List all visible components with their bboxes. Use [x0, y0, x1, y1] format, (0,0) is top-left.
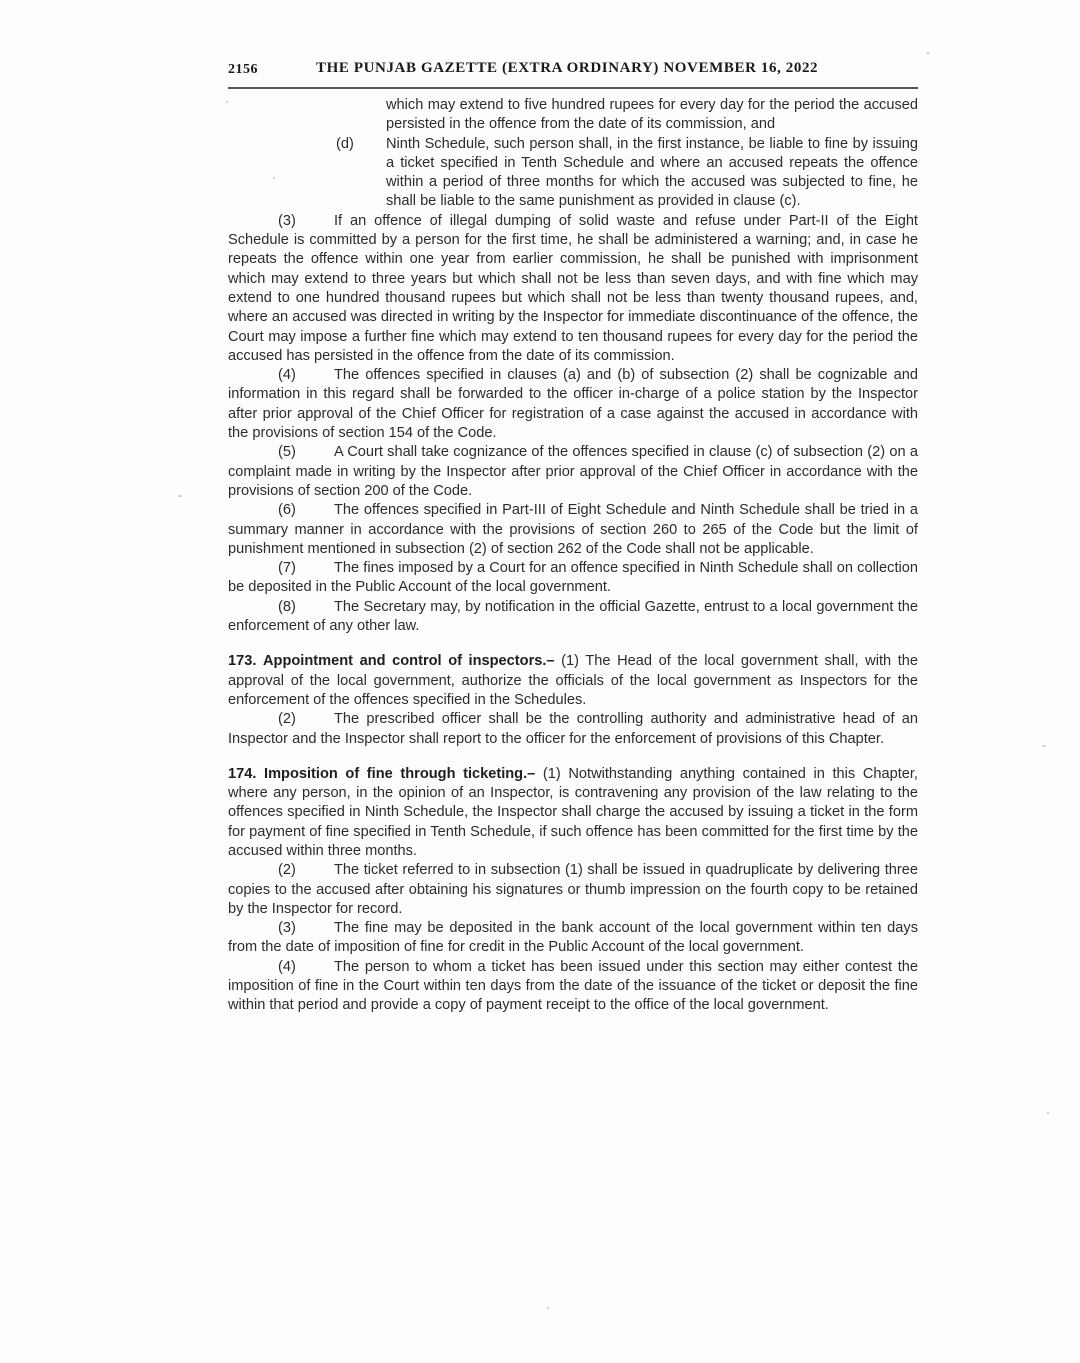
subsection-7: (7)The fines imposed by a Court for an o…: [228, 559, 918, 598]
section-heading: Imposition of fine through ticketing.–: [264, 766, 535, 782]
section-heading: Appointment and control of inspectors.–: [263, 653, 555, 669]
scan-speck: -: [926, 45, 930, 59]
subsection-label: (1): [543, 766, 561, 782]
section-174-subsection-2: (2)The ticket referred to in subsection …: [228, 861, 918, 919]
section-174-subsection-4: (4)The person to whom a ticket has been …: [228, 958, 918, 1016]
section-number: 174.: [228, 766, 256, 782]
section-173-subsection-2: (2)The prescribed officer shall be the c…: [228, 710, 918, 749]
clause-d: (d) Ninth Schedule, such person shall, i…: [386, 135, 918, 212]
page-number: 2156: [228, 62, 258, 78]
subsection-5: (5)A Court shall take cognizance of the …: [228, 443, 918, 501]
section-174: 174. Imposition of fine through ticketin…: [228, 765, 918, 1016]
subsection-text: If an offence of illegal dumping of soli…: [228, 213, 918, 364]
clause-c-continuation: which may extend to five hundred rupees …: [386, 96, 918, 135]
subsection-label: (2): [278, 710, 334, 729]
subsection-6: (6)The offences specified in Part-III of…: [228, 501, 918, 559]
section-174-subsection-3: (3)The fine may be deposited in the bank…: [228, 919, 918, 958]
subsection-label: (7): [278, 559, 334, 578]
section-173-first-para: 173. Appointment and control of inspecto…: [228, 652, 918, 710]
section-174-first-para: 174. Imposition of fine through ticketin…: [228, 765, 918, 861]
subsection-label: (3): [278, 919, 334, 938]
subsection-label: (8): [278, 598, 334, 617]
subsection-label: (6): [278, 501, 334, 520]
subsection-label: (2): [278, 861, 334, 880]
section-number: 173.: [228, 653, 256, 669]
subsection-label: (3): [278, 212, 334, 231]
subsection-label: (4): [278, 958, 334, 977]
gazette-title: THE PUNJAB GAZETTE (EXTRA ORDINARY) NOVE…: [316, 60, 818, 77]
scan-speck: -: [178, 488, 182, 502]
clause-text: Ninth Schedule, such person shall, in th…: [386, 135, 918, 212]
clause-label: (d): [336, 135, 354, 154]
page-header: 2156 THE PUNJAB GAZETTE (EXTRA ORDINARY)…: [228, 60, 918, 86]
subsection-label: (5): [278, 443, 334, 462]
header-divider: [228, 87, 918, 89]
gazette-page: 2156 THE PUNJAB GAZETTE (EXTRA ORDINARY)…: [0, 0, 1080, 1363]
document-body: which may extend to five hundred rupees …: [228, 96, 918, 1016]
subsection-4: (4)The offences specified in clauses (a)…: [228, 366, 918, 443]
subsection-8: (8)The Secretary may, by notification in…: [228, 598, 918, 637]
scan-speck: -: [1042, 738, 1046, 752]
subsection-3: (3)If an offence of illegal dumping of s…: [228, 212, 918, 366]
section-173: 173. Appointment and control of inspecto…: [228, 652, 918, 748]
subsection-label: (4): [278, 366, 334, 385]
scan-speck: ·: [546, 1300, 550, 1314]
subsection-label: (1): [561, 653, 579, 669]
scan-speck: ·: [1046, 1105, 1050, 1119]
